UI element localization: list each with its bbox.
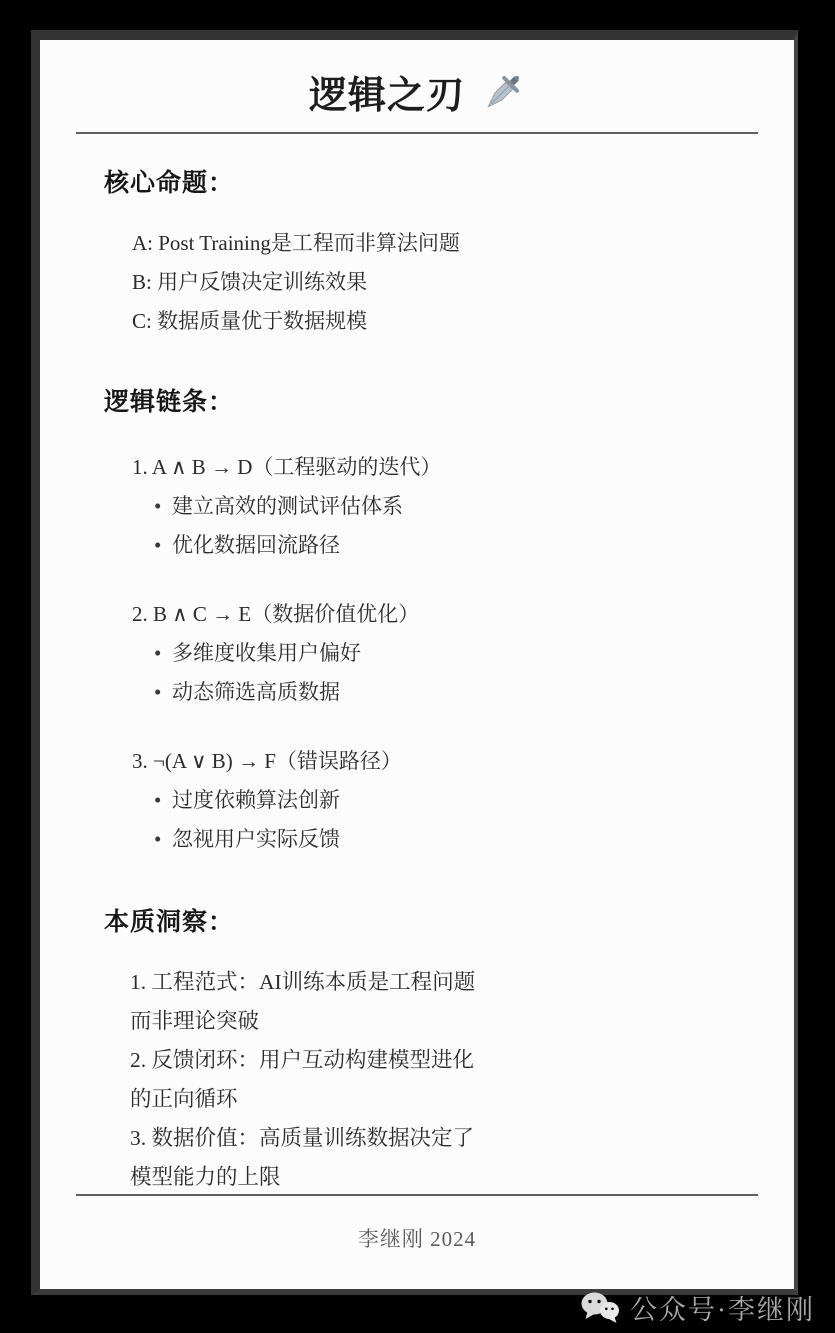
insight-line-3: 3. 数据价值：高质量训练数据决定了 xyxy=(130,1119,766,1158)
bullet-text: 动态筛选高质数据 xyxy=(172,680,340,704)
bullet-icon: • xyxy=(154,487,172,526)
chain-formula: 2. B ∧ C → E（数据价值优化） xyxy=(132,594,766,634)
bullet-text: 忽视用户实际反馈 xyxy=(172,827,340,851)
logic-items: 1. A ∧ B → D（工程驱动的迭代） •建立高效的测试评估体系 •优化数据… xyxy=(104,447,766,858)
card-content: 核心命题： A: Post Training是工程而非算法问题 B: 用户反馈决… xyxy=(40,163,794,1197)
title-row: 逻辑之刃 xyxy=(40,40,794,119)
bullet-icon: • xyxy=(154,634,172,673)
bullet-text: 建立高效的测试评估体系 xyxy=(172,494,403,518)
logic-chain-1: 1. A ∧ B → D（工程驱动的迭代） •建立高效的测试评估体系 •优化数据… xyxy=(104,447,766,564)
chain-bullet: •动态筛选高质数据 xyxy=(154,673,766,712)
chain-formula: 1. A ∧ B → D（工程驱动的迭代） xyxy=(132,447,766,487)
bullet-icon: • xyxy=(154,781,172,820)
chain-bullet: •过度依赖算法创新 xyxy=(154,781,766,820)
insight-heading: 本质洞察： xyxy=(104,902,766,938)
wechat-icon xyxy=(580,1291,620,1325)
logic-heading: 逻辑链条： xyxy=(104,382,766,418)
proposition-c: C: 数据质量优于数据规模 xyxy=(132,302,766,341)
card-footer: 李继刚 2024 xyxy=(40,1194,794,1253)
insight-line-1: 1. 工程范式：AI训练本质是工程问题 xyxy=(130,963,766,1002)
document-card: 逻辑之刃 核心命题： A: Post Training是工 xyxy=(31,30,798,1295)
card-inner: 逻辑之刃 核心命题： A: Post Training是工 xyxy=(40,40,794,1289)
section-essential-insights: 本质洞察： 1. 工程范式：AI训练本质是工程问题 而非理论突破 2. 反馈闭环… xyxy=(104,902,766,1197)
proposition-a: A: Post Training是工程而非算法问题 xyxy=(132,224,766,263)
logic-chain-3: 3. ¬(A ∨ B) → F（错误路径） •过度依赖算法创新 •忽视用户实际反… xyxy=(104,741,766,858)
chain-bullet: •优化数据回流路径 xyxy=(154,526,766,565)
photo-background: 逻辑之刃 核心命题： A: Post Training是工 xyxy=(0,0,835,1333)
bullet-icon: • xyxy=(154,673,172,712)
section-core-propositions: 核心命题： A: Post Training是工程而非算法问题 B: 用户反馈决… xyxy=(104,163,766,341)
title-divider xyxy=(76,132,758,134)
insight-line-2-cont: 的正向循环 xyxy=(130,1080,766,1119)
dagger-icon xyxy=(481,70,525,114)
watermark: 公众号·李继刚 xyxy=(580,1288,815,1327)
core-heading: 核心命题： xyxy=(104,163,766,199)
author-signature: 李继刚 2024 xyxy=(40,1223,794,1253)
section-logic-chains: 逻辑链条： 1. A ∧ B → D（工程驱动的迭代） •建立高效的测试评估体系… xyxy=(104,382,766,858)
page-title: 逻辑之刃 xyxy=(309,64,465,119)
bullet-icon: • xyxy=(154,526,172,565)
core-items: A: Post Training是工程而非算法问题 B: 用户反馈决定训练效果 … xyxy=(104,224,766,341)
footer-divider xyxy=(76,1194,758,1196)
insight-line-1-cont: 而非理论突破 xyxy=(130,1002,766,1041)
insight-line-3-cont: 模型能力的上限 xyxy=(130,1158,766,1197)
bullet-text: 过度依赖算法创新 xyxy=(172,788,340,812)
insight-line-2: 2. 反馈闭环：用户互动构建模型进化 xyxy=(130,1041,766,1080)
bullet-text: 优化数据回流路径 xyxy=(172,533,340,557)
logic-chain-2: 2. B ∧ C → E（数据价值优化） •多维度收集用户偏好 •动态筛选高质数… xyxy=(104,594,766,711)
bullet-icon: • xyxy=(154,820,172,859)
proposition-b: B: 用户反馈决定训练效果 xyxy=(132,263,766,302)
chain-bullet: •建立高效的测试评估体系 xyxy=(154,487,766,526)
watermark-text: 公众号·李继刚 xyxy=(630,1288,815,1327)
bullet-text: 多维度收集用户偏好 xyxy=(172,641,361,665)
insight-items: 1. 工程范式：AI训练本质是工程问题 而非理论突破 2. 反馈闭环：用户互动构… xyxy=(104,963,766,1197)
chain-bullet: •忽视用户实际反馈 xyxy=(154,820,766,859)
chain-formula: 3. ¬(A ∨ B) → F（错误路径） xyxy=(132,741,766,781)
chain-bullet: •多维度收集用户偏好 xyxy=(154,634,766,673)
